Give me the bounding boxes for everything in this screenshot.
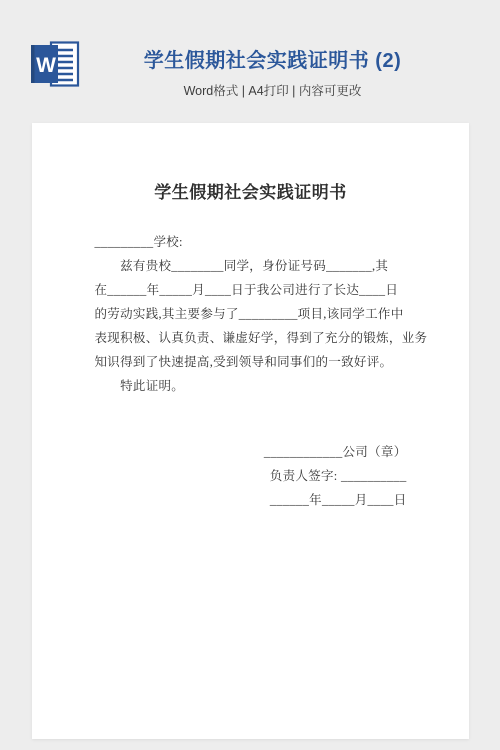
page-subtitle: Word格式 | A4打印 | 内容可更改: [45, 82, 500, 100]
signature-line: ______年_____月____日: [95, 488, 407, 512]
document-page: 学生假期社会实践证明书 _________学校: 兹有贵校________同学，…: [32, 123, 469, 739]
document-body: _________学校: 兹有贵校________同学，身份证号码_______…: [95, 230, 407, 398]
document-line: 表现积极、认真负责、谦虚好学，得到了充分的锻炼，业务: [95, 326, 407, 350]
signature-line: 负责人签字: __________: [95, 464, 407, 488]
svg-text:W: W: [36, 54, 56, 77]
document-line: 知识得到了快速提高,受到领导和同事们的一致好评。: [95, 350, 407, 374]
document-line: 兹有贵校________同学，身份证号码_______,其: [95, 254, 407, 278]
document-title: 学生假期社会实践证明书: [95, 180, 407, 206]
signature-line: ____________公司（章）: [95, 440, 407, 464]
page-background: W 学生假期社会实践证明书 (2) Word格式 | A4打印 | 内容可更改 …: [0, 0, 500, 750]
document-line: _________学校:: [95, 230, 407, 254]
signature-block: ____________公司（章）负责人签字: ________________…: [95, 440, 407, 512]
document-line: 的劳动实践,其主要参与了_________项目,该同学工作中: [95, 302, 407, 326]
document-line: 在______年_____月____日于我公司进行了长达____日: [95, 278, 407, 302]
document-line: 特此证明。: [95, 374, 407, 398]
header: W 学生假期社会实践证明书 (2) Word格式 | A4打印 | 内容可更改: [0, 0, 500, 123]
word-icon: W: [30, 41, 80, 87]
page-title: 学生假期社会实践证明书 (2): [45, 46, 500, 76]
